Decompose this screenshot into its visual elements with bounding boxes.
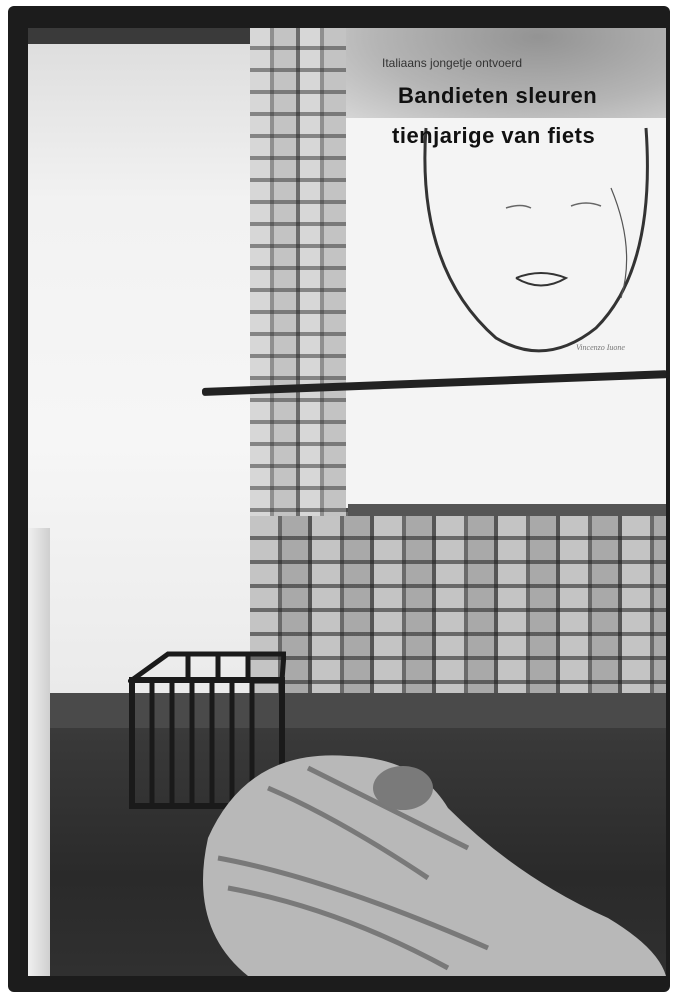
poster-subheadline: Italiaans jongetje ontvoerd [382, 56, 522, 70]
plaster-wall [28, 28, 258, 718]
poster-headline-line1: Bandieten sleuren [398, 83, 597, 109]
brick-wall [250, 516, 666, 716]
photograph: Italiaans jongetje ontvoerd Bandieten sl… [28, 28, 666, 976]
poster-signature: Vincenzo Iuone [576, 343, 625, 352]
blanket [188, 728, 666, 976]
window-sill [348, 504, 666, 516]
photo-frame: Italiaans jongetje ontvoerd Bandieten sl… [8, 6, 670, 992]
poster-headline-line2: tienjarige van fiets [392, 123, 595, 149]
face-drawing [406, 68, 656, 368]
door-frame [28, 528, 50, 976]
newspaper-poster: Italiaans jongetje ontvoerd Bandieten sl… [346, 28, 666, 508]
sleeping-figure-head [373, 766, 433, 810]
